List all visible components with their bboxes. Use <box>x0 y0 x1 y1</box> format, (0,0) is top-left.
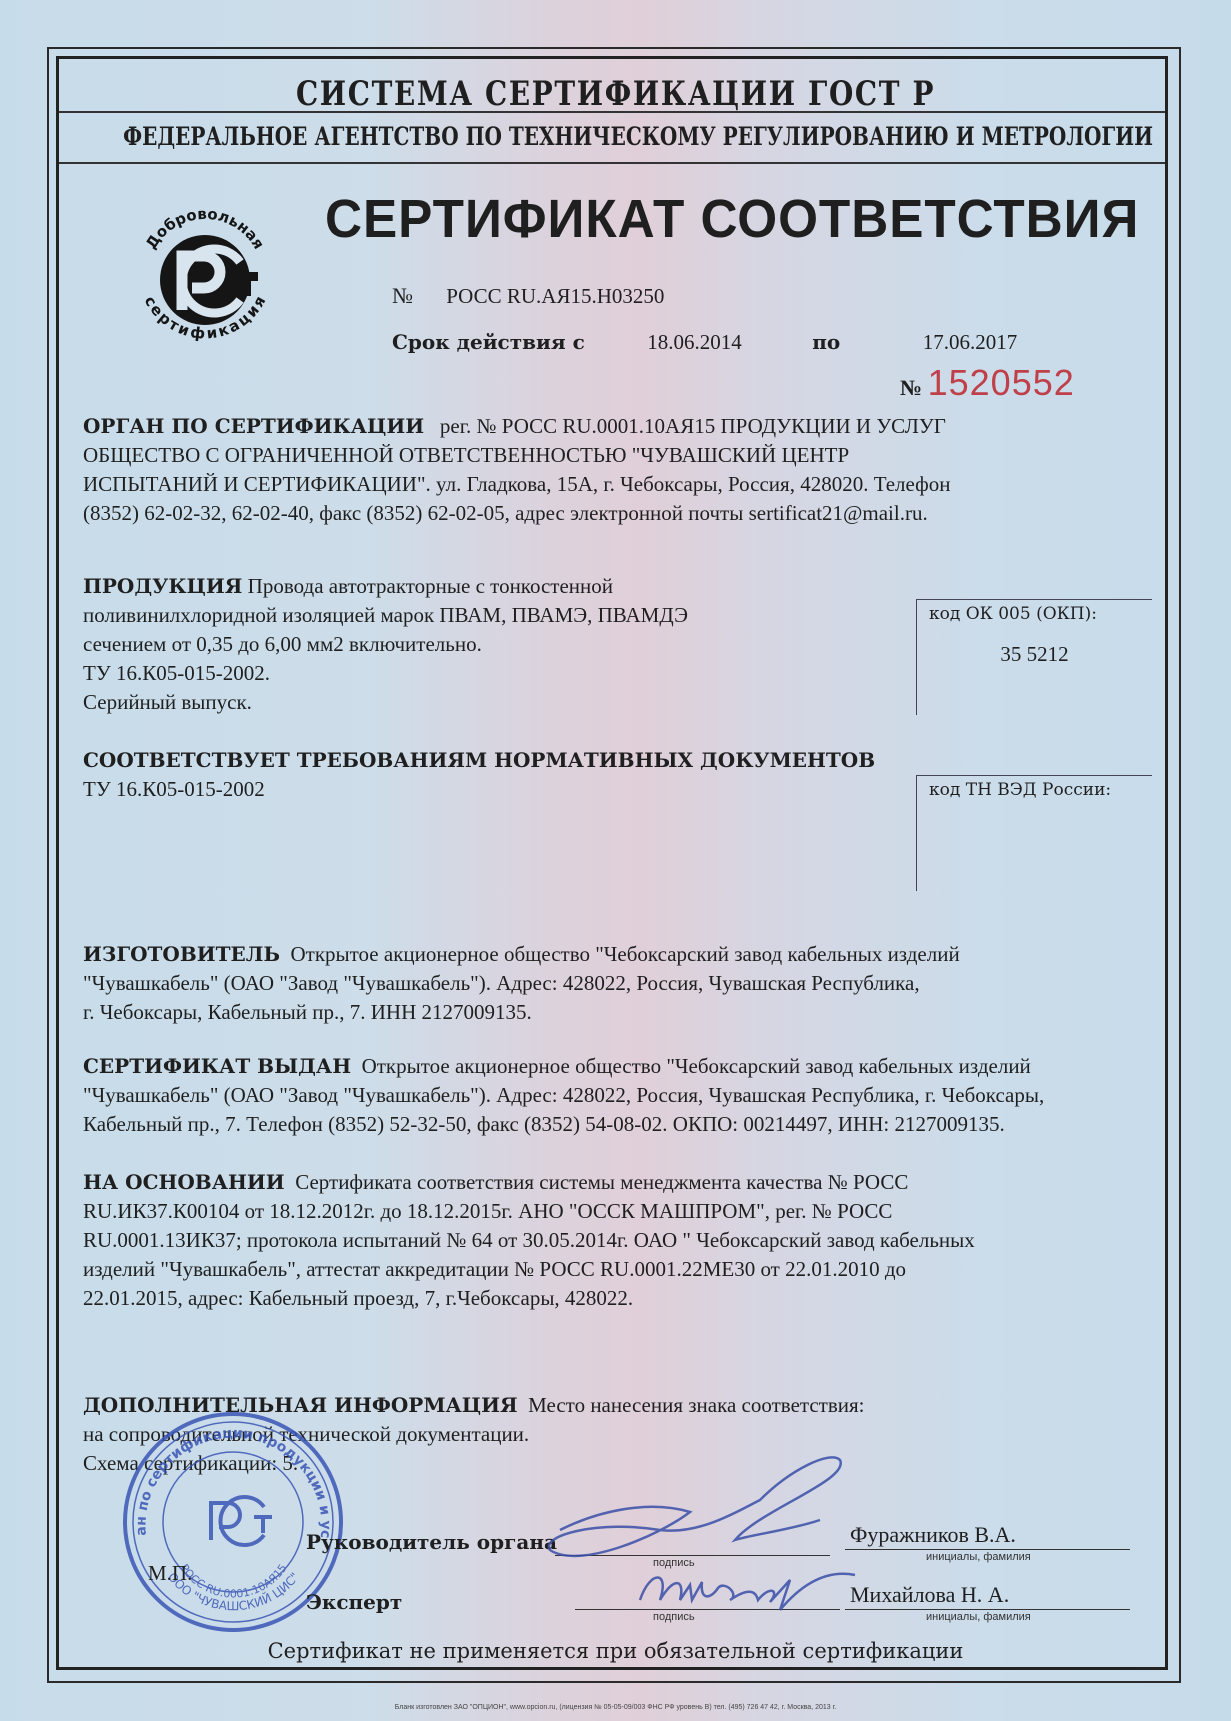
manufacturer-section: ИЗГОТОВИТЕЛЬ Открытое акционерное общест… <box>83 940 1153 1027</box>
text-line: поливинилхлоридной изоляцией марок ПВАМ,… <box>83 601 883 630</box>
blank-serial: № 1520552 <box>900 362 1075 404</box>
text-line: Открытое акционерное общество "Чебоксарс… <box>290 942 959 966</box>
text-line: "Чувашкабель" (ОАО "Завод "Чувашкабель")… <box>83 1081 1153 1110</box>
text-line: Место нанесения знака соответствия: <box>528 1393 864 1417</box>
text-line: 22.01.2015, адрес: Кабельный проезд, 7, … <box>83 1284 1153 1313</box>
okp-value: 35 5212 <box>917 642 1152 667</box>
divider <box>59 162 1165 164</box>
basis-section: НА ОСНОВАНИИ Сертификата соответствия си… <box>83 1168 1153 1313</box>
text-line: Сертификата соответствия системы менеджм… <box>295 1170 908 1194</box>
printer-info: Бланк изготовлен ЗАО "ОПЦИОН", www.opcio… <box>0 1704 1231 1711</box>
serial-symbol: № <box>900 375 922 400</box>
compliance-section: СООТВЕТСТВУЕТ ТРЕБОВАНИЯМ НОРМАТИВНЫХ ДО… <box>83 746 903 804</box>
validity-period: Срок действия с 18.06.2014 по 17.06.2017 <box>392 330 1017 355</box>
issued-to-section: СЕРТИФИКАТ ВЫДАН Открытое акционерное об… <box>83 1052 1153 1139</box>
section-label: ИЗГОТОВИТЕЛЬ <box>83 942 280 966</box>
tnved-label: код ТН ВЭД России: <box>917 776 1152 800</box>
text-line: рег. № РОСС RU.0001.10АЯ15 ПРОДУКЦИИ И У… <box>440 414 946 438</box>
expert-name-line <box>845 1609 1130 1610</box>
section-label: НА ОСНОВАНИИ <box>83 1170 285 1194</box>
tnved-code-box: код ТН ВЭД России: <box>916 775 1152 891</box>
section-label: СООТВЕТСТВУЕТ ТРЕБОВАНИЯМ НОРМАТИВНЫХ ДО… <box>83 746 903 775</box>
certificate-title: СЕРТИФИКАТ СООТВЕТСТВИЯ <box>325 188 1139 250</box>
expert-name: Михайлова Н. А. <box>850 1582 1009 1608</box>
serial-number: 1520552 <box>928 362 1075 403</box>
text-line: RU.ИК37.К00104 от 18.12.2012г. до 18.12.… <box>83 1197 1153 1226</box>
certification-body-section: ОРГАН ПО СЕРТИФИКАЦИИ рег. № РОСС RU.000… <box>83 412 1153 528</box>
agency-name: ФЕДЕРАЛЬНОЕ АГЕНТСТВО ПО ТЕХНИЧЕСКОМУ РЕ… <box>123 122 1108 151</box>
head-name: Фуражников В.А. <box>850 1522 1016 1548</box>
voluntary-note: Сертификат не применяется при обязательн… <box>0 1639 1231 1663</box>
text-line: ИСПЫТАНИЙ И СЕРТИФИКАЦИИ". ул. Гладкова,… <box>83 470 1153 499</box>
number-symbol: № <box>392 283 413 308</box>
certificate-number-value: РОСС RU.АЯ15.Н03250 <box>446 284 664 308</box>
rst-mark-icon: Добровольная сертификация <box>130 198 280 348</box>
section-label: ПРОДУКЦИЯ <box>83 574 242 598</box>
text-line: ТУ 16.К05-015-2002. <box>83 659 883 688</box>
certificate-number: № РОСС RU.АЯ15.Н03250 <box>392 283 664 309</box>
okp-code-box: код ОК 005 (ОКП): 35 5212 <box>916 599 1152 715</box>
text-line: Кабельный пр., 7. Телефон (8352) 52-32-5… <box>83 1110 1153 1139</box>
divider <box>59 111 1165 113</box>
head-label: Руководитель органа <box>306 1530 557 1554</box>
name-caption: инициалы, фамилия <box>926 1551 1031 1563</box>
valid-from: 18.06.2014 <box>647 330 742 354</box>
valid-to: 17.06.2017 <box>923 330 1018 354</box>
okp-label: код ОК 005 (ОКП): <box>917 600 1152 624</box>
head-name-line <box>845 1549 1130 1550</box>
text-line: Открытое акционерное общество "Чебоксарс… <box>362 1054 1031 1078</box>
name-caption: инициалы, фамилия <box>926 1611 1031 1623</box>
validity-label: Срок действия с <box>392 330 585 354</box>
text-line: изделий "Чувашкабель", аттестат аккредит… <box>83 1255 1153 1284</box>
text-line: ОБЩЕСТВО С ОГРАНИЧЕННОЙ ОТВЕТСТВЕННОСТЬЮ… <box>83 441 1153 470</box>
text-line: "Чувашкабель" (ОАО "Завод "Чувашкабель")… <box>83 969 1153 998</box>
section-label: СЕРТИФИКАТ ВЫДАН <box>83 1054 351 1078</box>
system-title: СИСТЕМА СЕРТИФИКАЦИИ ГОСТ Р <box>111 74 1120 114</box>
expert-signature-icon <box>630 1560 860 1625</box>
svg-text:Орган по сертификации продукци: Орган по сертификации продукции и услуг <box>116 1405 334 1539</box>
expert-label: Эксперт <box>306 1590 402 1614</box>
text-line: сечением от 0,35 до 6,00 мм2 включительн… <box>83 630 883 659</box>
to-label: по <box>812 330 840 354</box>
product-section: ПРОДУКЦИЯ Провода автотракторные с тонко… <box>83 572 883 717</box>
stamp-placeholder: М.П. <box>148 1561 192 1586</box>
section-label: ОРГАН ПО СЕРТИФИКАЦИИ <box>83 414 424 438</box>
text-line: г. Чебоксары, Кабельный пр., 7. ИНН 2127… <box>83 998 1153 1027</box>
head-signature-icon <box>540 1440 870 1575</box>
text-line: RU.0001.13ИК37; протокола испытаний № 64… <box>83 1226 1153 1255</box>
text-line: (8352) 62-02-32, 62-02-40, факс (8352) 6… <box>83 499 1153 528</box>
text-line: Серийный выпуск. <box>83 688 883 717</box>
normative-document: ТУ 16.К05-015-2002 <box>83 775 903 804</box>
text-line: Провода автотракторные с тонкостенной <box>248 574 613 598</box>
